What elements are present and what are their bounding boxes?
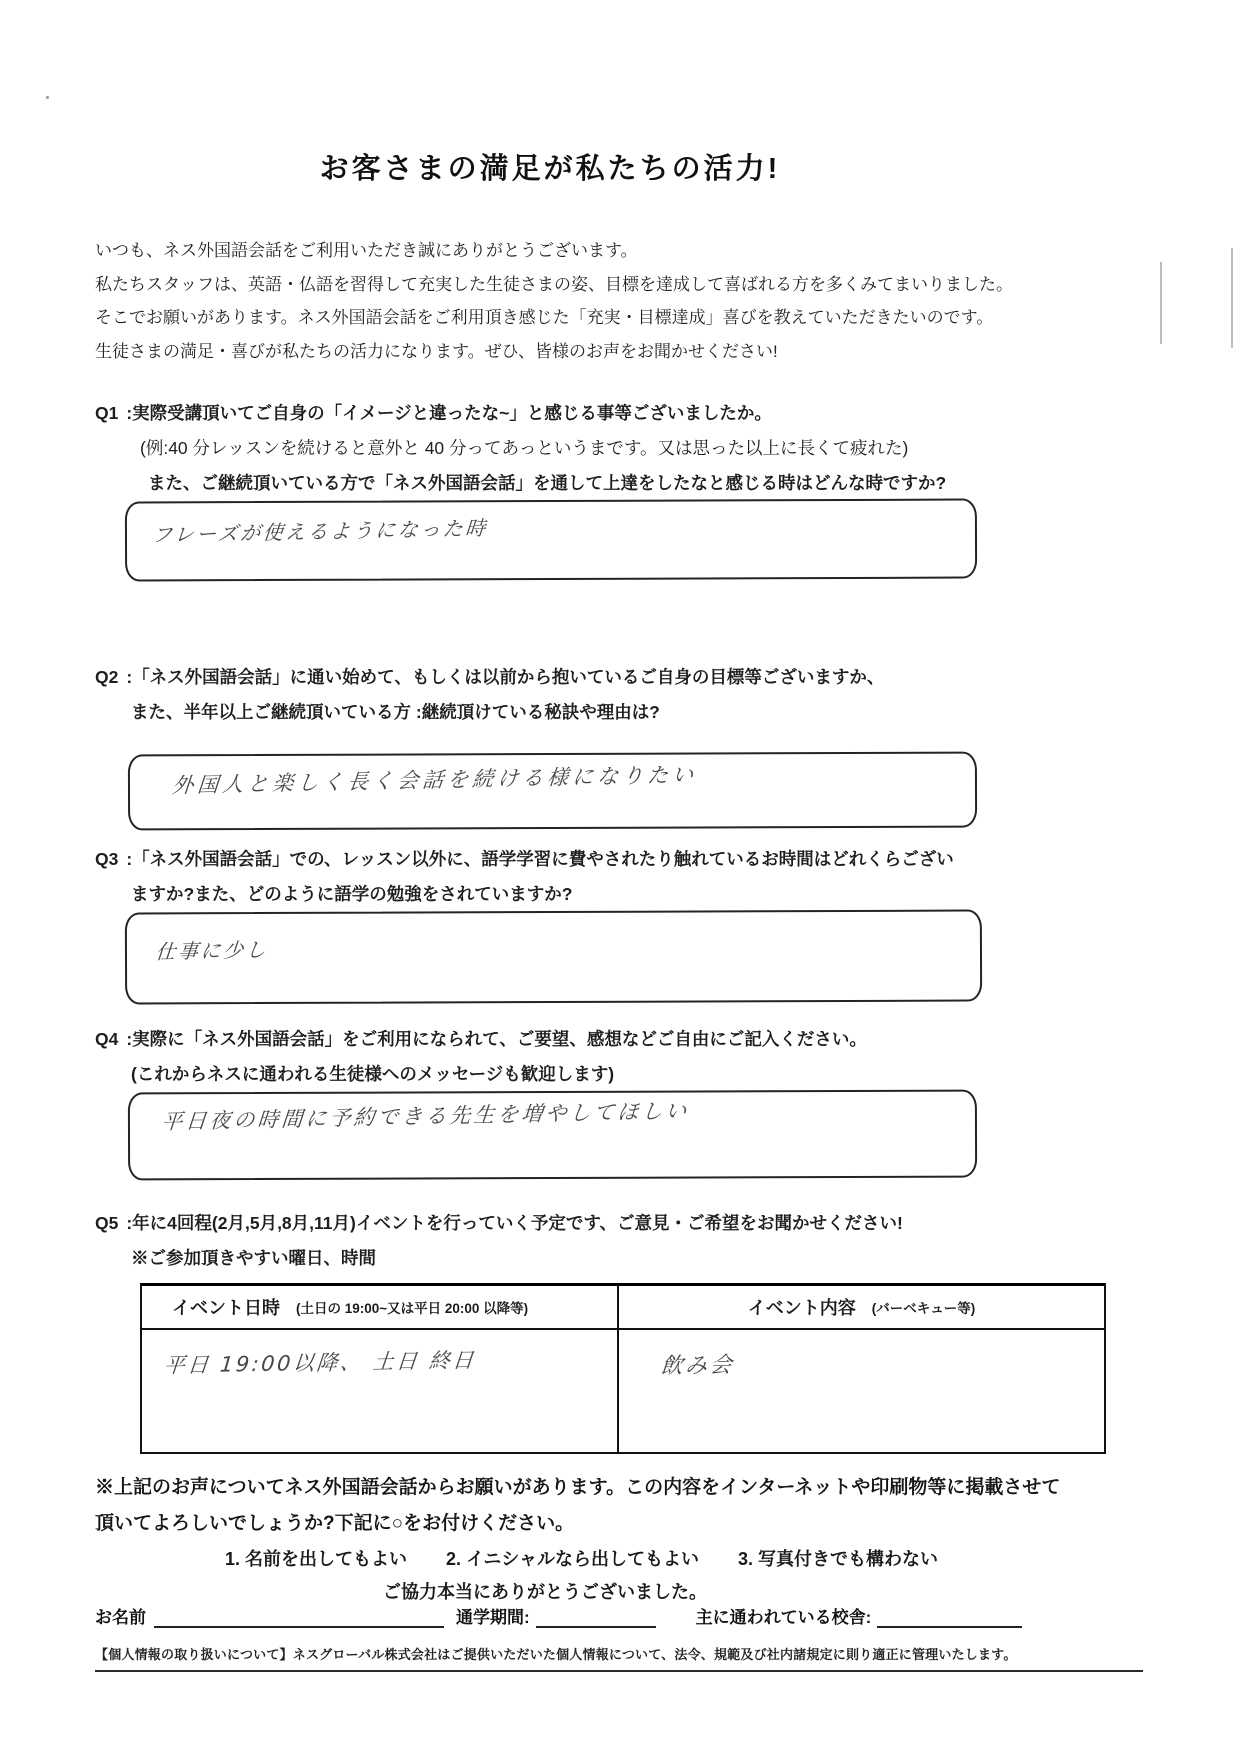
q1-text: Q1:実際受講頂いてご自身の「イメージと違ったな~」と感じる事等ございましたか。 xyxy=(95,396,1195,431)
page-title: お客さまの満足が私たちの活力! xyxy=(0,146,1100,187)
period-label: 通学期間: xyxy=(456,1603,530,1628)
q1-hint: (例:40 分レッスンを続けると意外と 40 分ってあっというまです。又は思った… xyxy=(95,431,1195,466)
question-q3: Q3:「ネス外国語会話」での、レッスン以外に、語学学習に費やされたり触れているお… xyxy=(95,842,1195,912)
q5-subquestion: ※ご参加頂きやすい曜日、時間 xyxy=(95,1241,1195,1276)
event-datetime-cell: 平日 19:00以降、 土日 終日 xyxy=(142,1330,619,1452)
event-datetime-header-cell: イベント日時 (土日の 19:00~又は平日 20:00 以降等) xyxy=(142,1286,619,1328)
q3-question: :「ネス外国語会話」での、レッスン以外に、語学学習に費やされたり触れているお時間… xyxy=(126,849,953,869)
scan-artifact-line xyxy=(1231,248,1233,348)
q5-number: Q5 xyxy=(95,1213,118,1233)
q4-answer-box: 平日夜の時間に予約できる先生を増やしてほしい xyxy=(128,1090,977,1181)
q1-question: :実際受講頂いてご自身の「イメージと違ったな~」と感じる事等ございましたか。 xyxy=(126,403,772,423)
question-q2: Q2:「ネス外国語会話」に通い始めて、もしくは以前から抱いているご自身の目標等ご… xyxy=(95,660,1195,730)
q3-text: Q3:「ネス外国語会話」での、レッスン以外に、語学学習に費やされたり触れているお… xyxy=(95,842,1195,877)
publish-options: 1. 名前を出してもよい 2. イニシャルなら出してもよい 3. 写真付きでも構… xyxy=(225,1545,972,1571)
event-datetime-handwritten: 平日 19:00以降、 土日 終日 xyxy=(138,1322,617,1380)
name-label: お名前 xyxy=(95,1603,146,1628)
event-content-header-cell: イベント内容 (バーベキュー等) xyxy=(619,1286,1104,1328)
q4-text: Q4:実際に「ネス外国語会話」をご利用になられて、ご要望、感想などご自由にご記入… xyxy=(95,1022,1195,1057)
publish-line: ※上記のお声についてネス外国語会話からお願いがあります。この内容をインターネット… xyxy=(95,1470,1195,1506)
signature-row: お名前 通学期間: 主に通われている校舎: xyxy=(95,1602,1143,1628)
question-q5: Q5:年に4回程(2月,5月,8月,11月)イベントを行っていく予定です、ご意見… xyxy=(95,1206,1195,1276)
q3-number: Q3 xyxy=(95,849,118,869)
event-content-cell: 飲み会 xyxy=(619,1330,1104,1452)
event-content-handwritten: 飲み会 xyxy=(615,1322,1104,1382)
event-content-note: (バーベキュー等) xyxy=(872,1297,976,1317)
q4-question: :実際に「ネス外国語会話」をご利用になられて、ご要望、感想などご自由にご記入くだ… xyxy=(126,1029,866,1049)
publish-option-initials: 2. イニシャルなら出してもよい xyxy=(446,1549,699,1569)
q2-number: Q2 xyxy=(95,667,118,687)
question-q4: Q4:実際に「ネス外国語会話」をご利用になられて、ご要望、感想などご自由にご記入… xyxy=(95,1022,1195,1092)
event-datetime-header: イベント日時 xyxy=(172,1294,280,1320)
name-field-line xyxy=(154,1602,444,1628)
q4-number: Q4 xyxy=(95,1029,118,1049)
q5-text: Q5:年に4回程(2月,5月,8月,11月)イベントを行っていく予定です、ご意見… xyxy=(95,1206,1195,1241)
scanned-survey-page: お客さまの満足が私たちの活力! いつも、ネス外国語会話をご利用いただき誠にありが… xyxy=(0,0,1241,1754)
intro-line: いつも、ネス外国語会話をご利用いただき誠にありがとうございます。 xyxy=(95,234,1175,268)
q5-question: :年に4回程(2月,5月,8月,11月)イベントを行っていく予定です、ご意見・ご… xyxy=(126,1213,902,1233)
intro-line: そこでお願いがあります。ネス外国語会話をご利用頂き感じた「充実・目標達成」喜びを… xyxy=(95,301,1175,335)
intro-paragraph: いつも、ネス外国語会話をご利用いただき誠にありがとうございます。 私たちスタッフ… xyxy=(95,234,1175,368)
publish-option-name: 1. 名前を出してもよい xyxy=(225,1549,407,1569)
publish-line: 頂いてよろしいでしょうか?下記に○をお付けください。 xyxy=(95,1506,1195,1542)
school-label: 主に通われている校舎: xyxy=(696,1603,872,1628)
scan-speck xyxy=(46,96,49,99)
school-field-line xyxy=(877,1602,1022,1628)
bottom-rule xyxy=(95,1670,1143,1672)
q2-subquestion: また、半年以上ご継続頂いている方 :継続頂けている秘訣や理由は? xyxy=(95,695,1195,730)
privacy-notice: 【個人情報の取り扱いについて】ネスグローバル株式会社はご提供いただいた個人情報に… xyxy=(95,1644,1195,1663)
q2-question: :「ネス外国語会話」に通い始めて、もしくは以前から抱いているご自身の目標等ござい… xyxy=(126,667,884,687)
publish-option-photo: 3. 写真付きでも構わない xyxy=(738,1549,938,1569)
event-table: イベント日時 (土日の 19:00~又は平日 20:00 以降等) イベント内容… xyxy=(140,1283,1106,1454)
thanks-line: ご協力本当にありがとうございました。 xyxy=(0,1578,1090,1604)
q1-answer-box: フレーズが使えるようになった時 xyxy=(125,499,977,582)
event-table-row: 平日 19:00以降、 土日 終日 飲み会 xyxy=(142,1330,1104,1452)
q2-answer-box: 外国人と楽しく長く会話を続ける様になりたい xyxy=(128,752,977,831)
intro-line: 生徒さまの満足・喜びが私たちの活力になります。ぜひ、皆様のお声をお聞かせください… xyxy=(95,335,1175,369)
q1-number: Q1 xyxy=(95,403,118,423)
publish-permission-paragraph: ※上記のお声についてネス外国語会話からお願いがあります。この内容をインターネット… xyxy=(95,1470,1195,1542)
q3-answer-box: 仕事に少し xyxy=(125,910,982,1005)
question-q1: Q1:実際受講頂いてご自身の「イメージと違ったな~」と感じる事等ございましたか。… xyxy=(95,396,1195,501)
event-content-header: イベント内容 xyxy=(748,1294,856,1320)
period-field-line xyxy=(536,1602,656,1628)
event-datetime-note: (土日の 19:00~又は平日 20:00 以降等) xyxy=(296,1297,528,1317)
q2-handwritten-answer: 外国人と楽しく長く会話を続ける様になりたい xyxy=(126,739,975,801)
intro-line: 私たちスタッフは、英語・仏語を習得して充実した生徒さまの姿、目標を達成して喜ばれ… xyxy=(95,268,1175,302)
q2-text: Q2:「ネス外国語会話」に通い始めて、もしくは以前から抱いているご自身の目標等ご… xyxy=(95,660,1195,695)
